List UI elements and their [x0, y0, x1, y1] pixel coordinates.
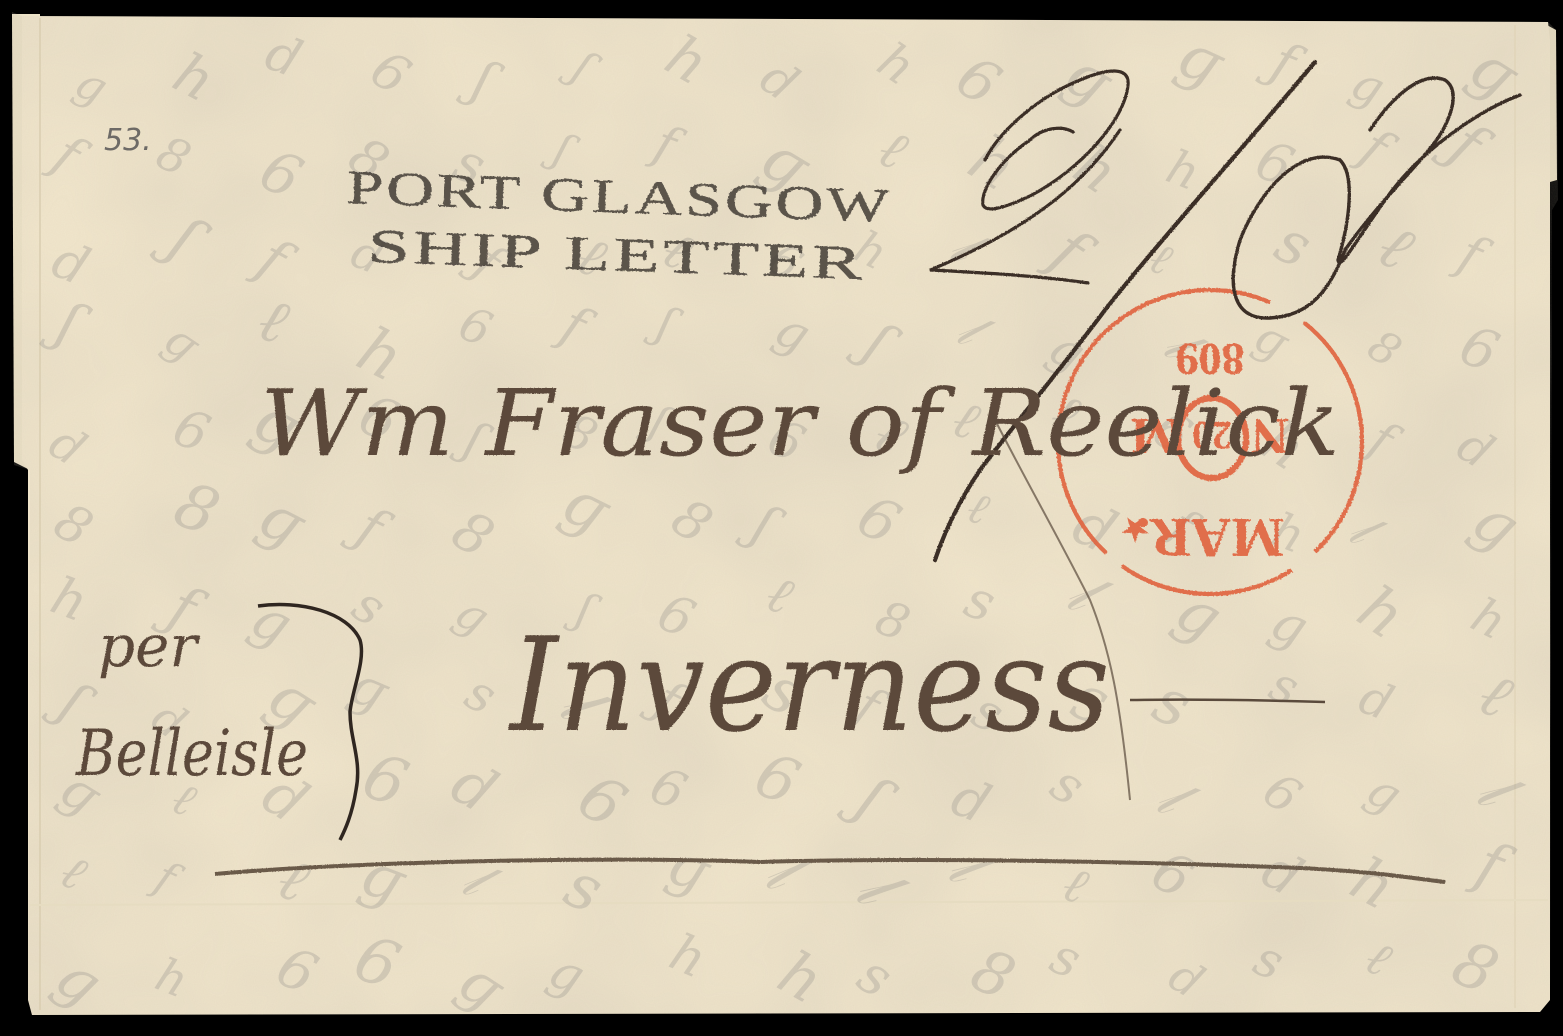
route-per: per [98, 612, 200, 680]
address-town-line: Inverness [508, 609, 1110, 761]
postal-cover-photo: gfdʃd8hʃɡℓgh8ʃɡ68ƒdℓfhd6fℓɡɡgɡdℓ668dh6ƒs… [0, 0, 1563, 1036]
datestamp-star: ★ [1121, 512, 1148, 545]
datestamp-month: MAR. [1136, 506, 1284, 568]
pencil-note: 53. [104, 123, 152, 158]
route-ship-name: Belleisle [75, 717, 308, 791]
address-name-line: Wm Fraser of Reelick [260, 370, 1340, 477]
